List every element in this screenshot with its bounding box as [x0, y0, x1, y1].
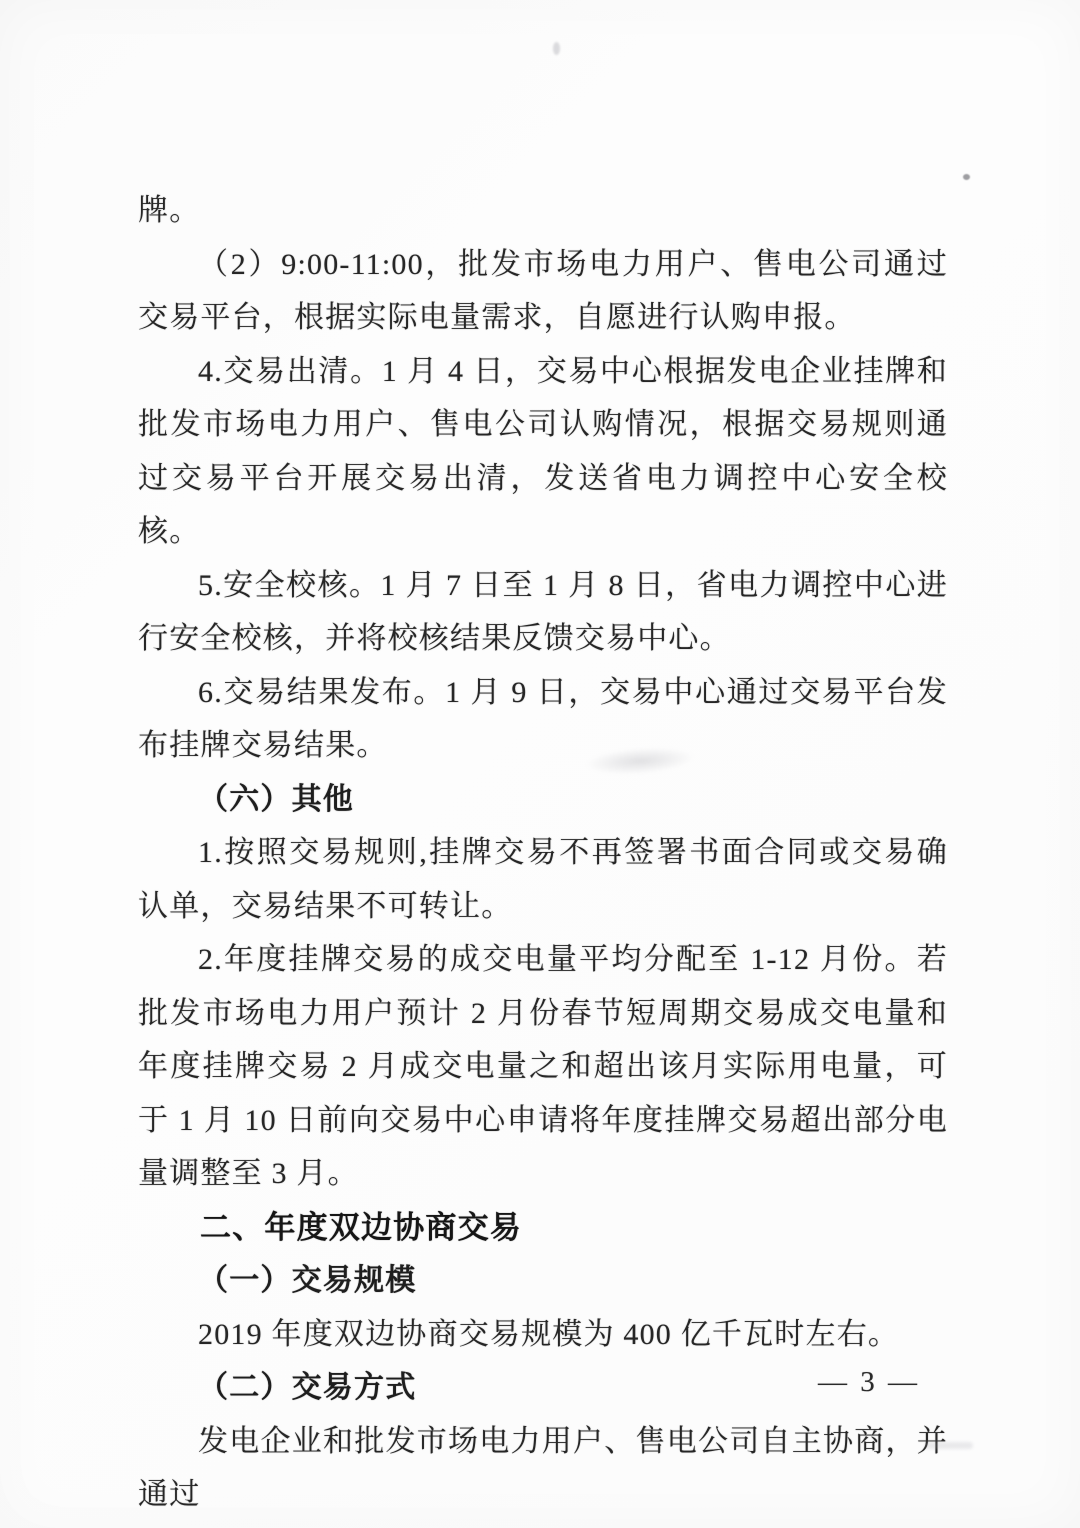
paragraph: 牌。 [138, 184, 948, 238]
document-page: 牌。（2）9:00-11:00，批发市场电力用户、售电公司通过交易平台，根据实际… [0, 0, 1080, 1528]
paragraph: （2）9:00-11:00，批发市场电力用户、售电公司通过交易平台，根据实际电量… [138, 238, 948, 345]
scan-artifact [553, 42, 560, 55]
paragraph: 5.安全校核。1 月 7 日至 1 月 8 日，省电力调控中心进行安全校核，并将… [138, 559, 948, 666]
page-number: — 3 — [818, 1366, 920, 1399]
paragraph: 6.交易结果发布。1 月 9 日，交易中心通过交易平台发布挂牌交易结果。 [138, 666, 948, 773]
paragraph: （一）交易规模 [138, 1254, 948, 1308]
document-body: 牌。（2）9:00-11:00，批发市场电力用户、售电公司通过交易平台，根据实际… [138, 184, 948, 1522]
paragraph: 发电企业和批发市场电力用户、售电公司自主协商，并通过 [138, 1415, 948, 1522]
paragraph: 2.年度挂牌交易的成交电量平均分配至 1-12 月份。若批发市场电力用户预计 2… [138, 933, 948, 1201]
scan-artifact [963, 174, 970, 180]
paragraph: 2019 年度双边协商交易规模为 400 亿千瓦时左右。 [138, 1308, 948, 1362]
paragraph: 二、年度双边协商交易 [138, 1201, 948, 1255]
paragraph: （六）其他 [138, 773, 948, 827]
paragraph: 1.按照交易规则,挂牌交易不再签署书面合同或交易确认单，交易结果不可转让。 [138, 826, 948, 933]
paragraph: 4.交易出清。1 月 4 日，交易中心根据发电企业挂牌和批发市场电力用户、售电公… [138, 345, 948, 559]
